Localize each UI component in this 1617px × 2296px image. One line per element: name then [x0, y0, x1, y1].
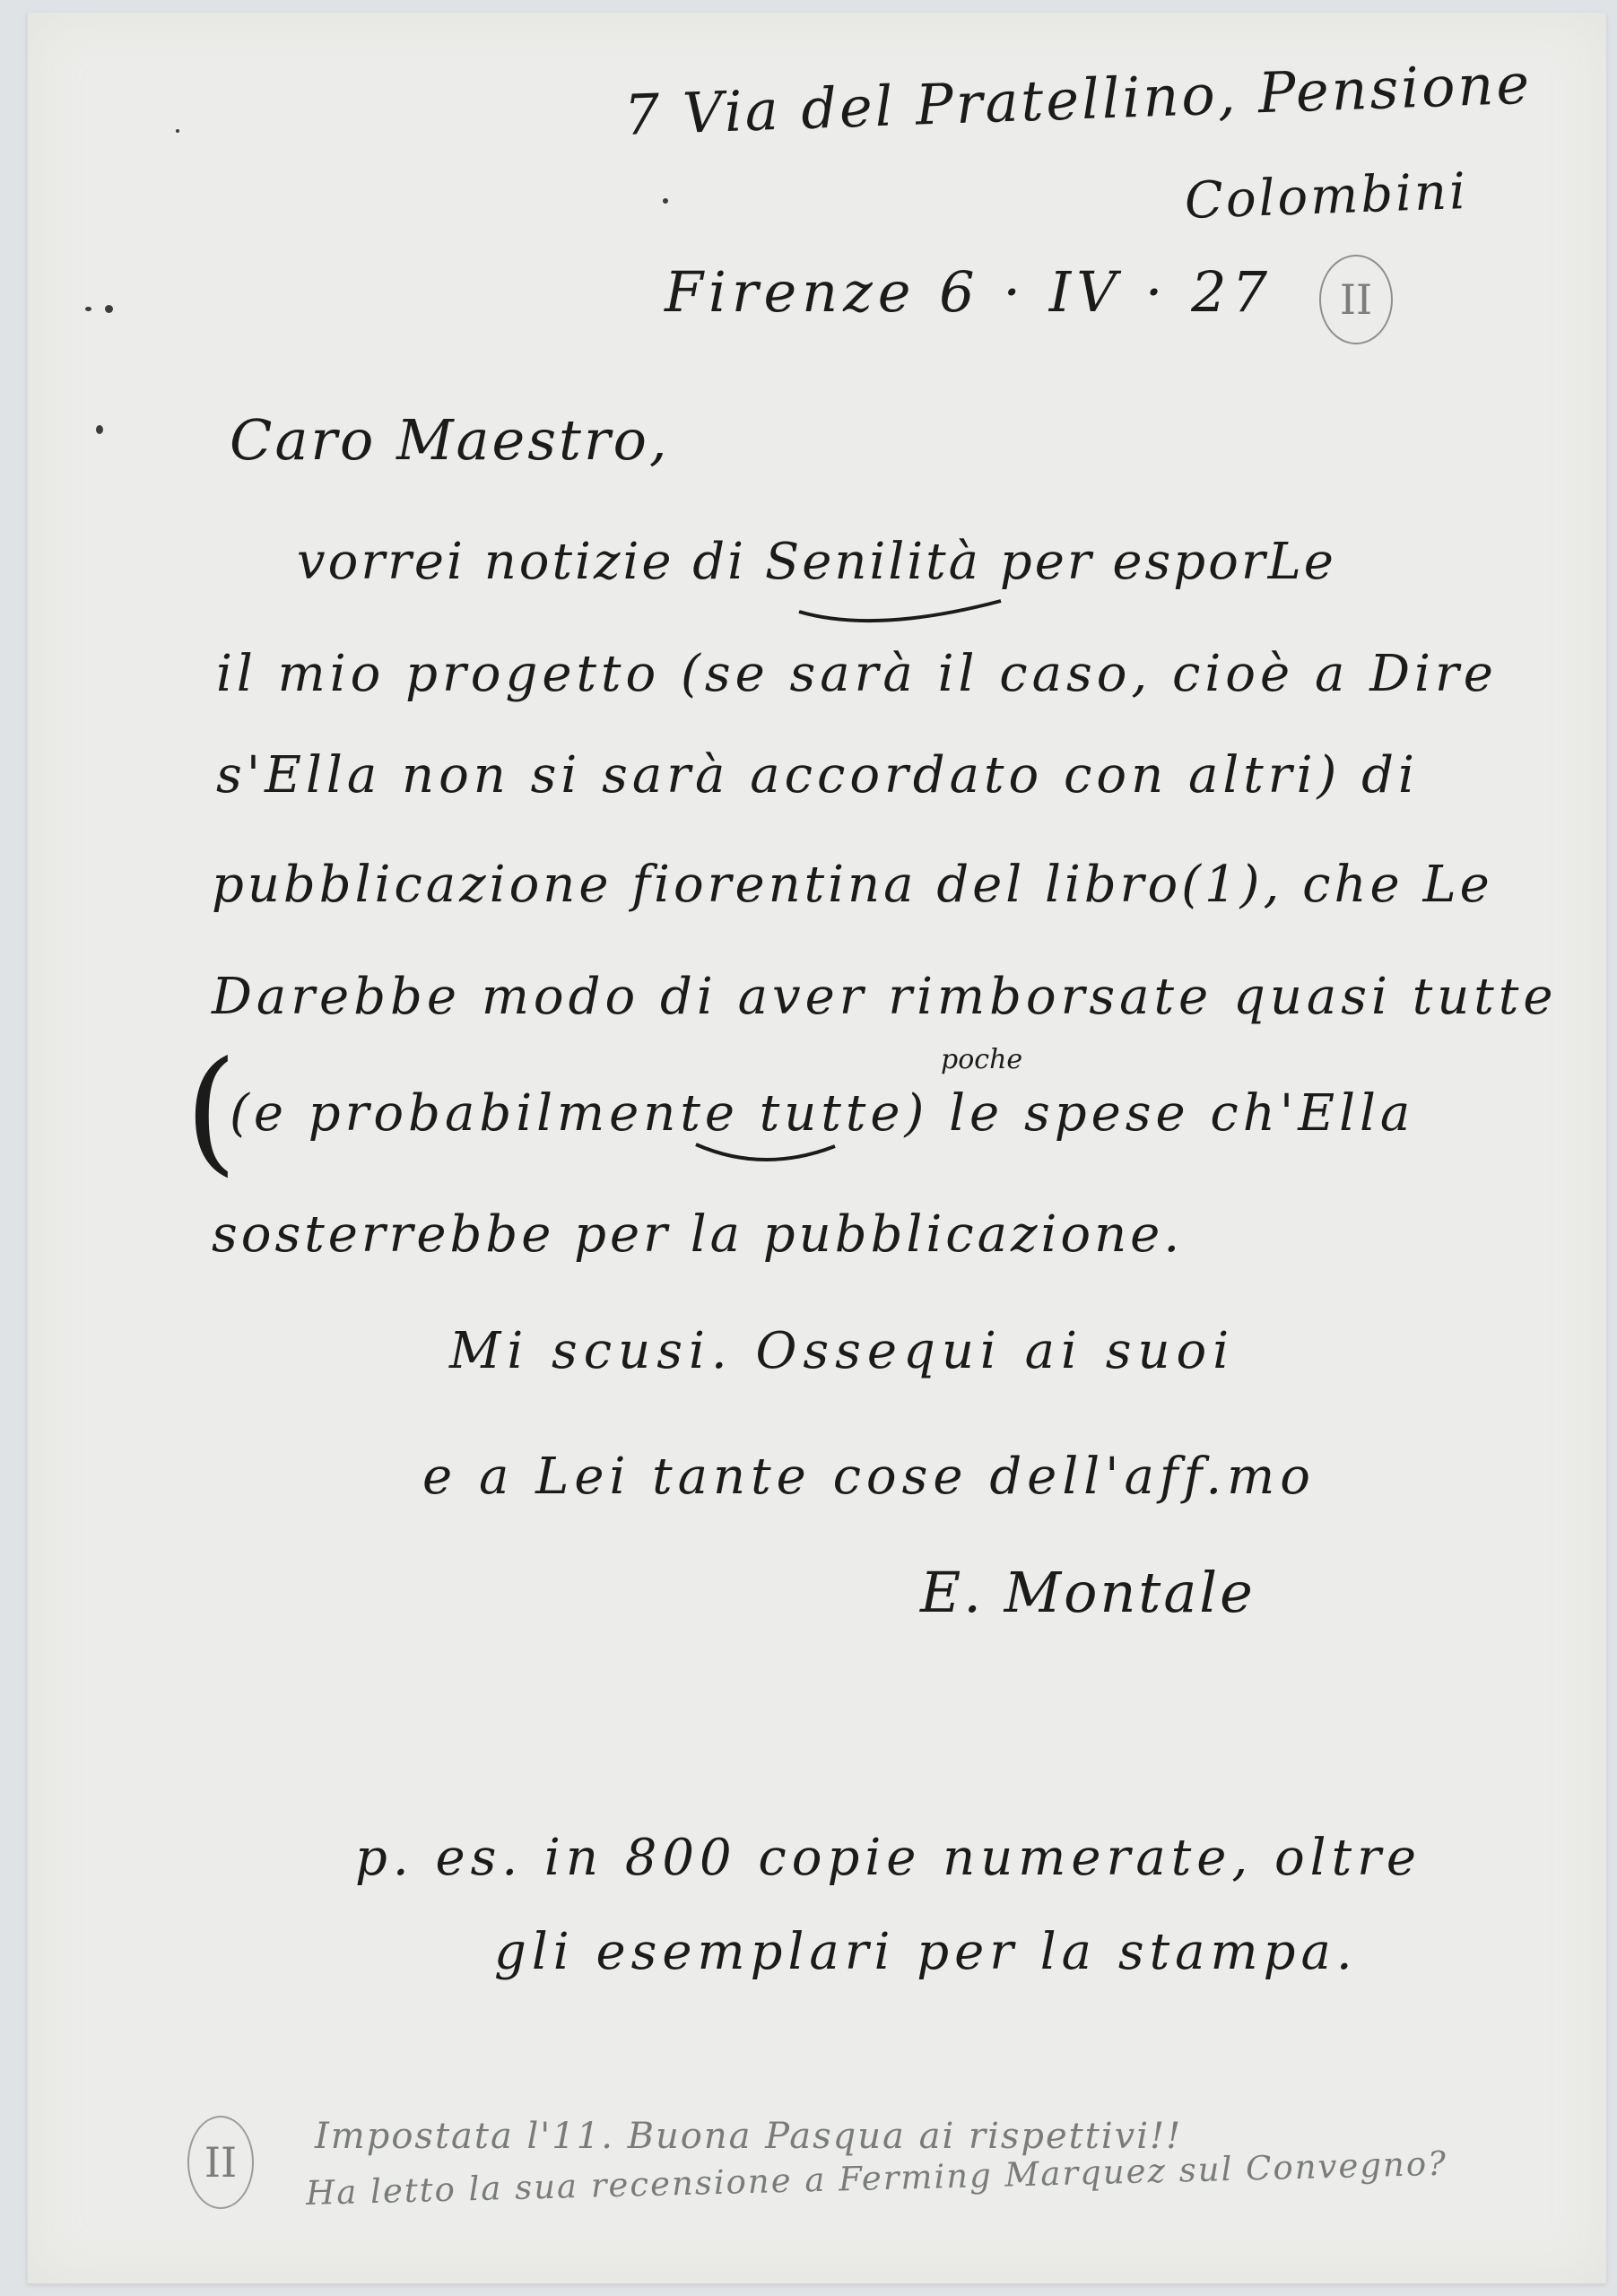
closing-line-2: e a Lei tante cose dell'aff.mo — [422, 1448, 1316, 1506]
signature: E. Montale — [920, 1560, 1256, 1625]
footnote-line-1: p. es. in 800 copie numerate, oltre — [355, 1829, 1421, 1887]
ink-speck — [663, 198, 668, 204]
body-line-1: vorrei notizie di Senilità per esporLe — [297, 533, 1336, 591]
address-line-2: Colombini — [1184, 162, 1469, 230]
closing-line-1: Mi scusi. Ossequi ai suoi — [449, 1322, 1235, 1380]
body-line-3: s'Ella non si sarà accordato con altri) … — [216, 746, 1419, 804]
body-line-4: pubblicazione fiorentina del libro(1), c… — [212, 856, 1493, 914]
address-line-1: 7 Via del Pratellino, Pensione — [623, 51, 1533, 148]
ink-speck — [96, 425, 103, 434]
letter-page: 7 Via del Pratellino, Pensione Colombini… — [27, 13, 1606, 2283]
pencil-note-line-1: Impostata l'11. Buona Pasqua ai rispetti… — [315, 2116, 1182, 2157]
archive-number: II — [1340, 275, 1372, 324]
underline-tutte — [691, 1134, 844, 1170]
ink-speck — [176, 129, 179, 133]
body-line-5: Darebbe modo di aver rimborsate quasi tu… — [212, 968, 1557, 1026]
underline-senilita — [795, 585, 1010, 630]
archive-number-badge: II — [1319, 255, 1393, 344]
body-line-7: sosterrebbe per la pubblicazione. — [212, 1205, 1183, 1264]
ink-speck — [105, 305, 113, 313]
salutation: Caro Maestro, — [230, 407, 670, 473]
insertion-poche: poche — [941, 1044, 1022, 1075]
body-line-2: il mio progetto (se sarà il caso, cioè a… — [216, 645, 1498, 703]
ink-speck — [85, 307, 91, 311]
pencil-note-marker: II — [187, 2116, 254, 2209]
place-date: Firenze 6 · IV · 27 — [665, 259, 1273, 325]
footnote-line-2: gli esemplari per la stampa. — [494, 1923, 1358, 1981]
